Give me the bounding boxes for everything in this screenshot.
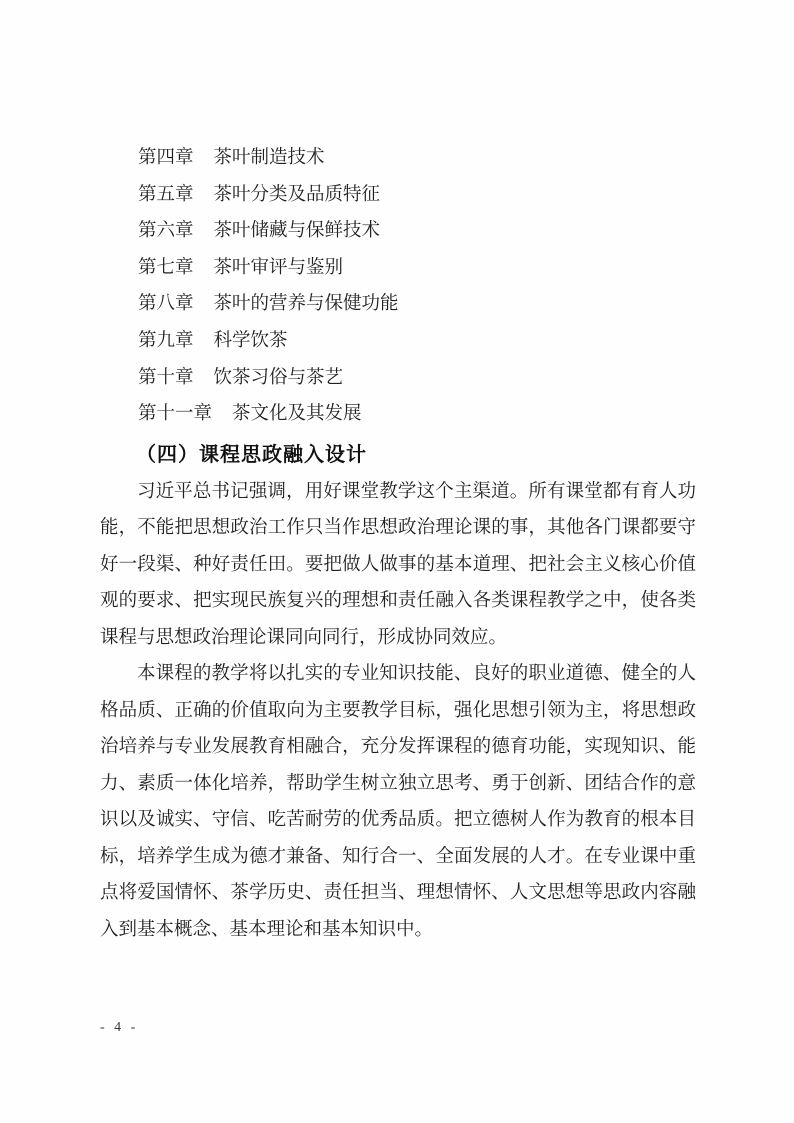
page-content: 第四章茶叶制造技术 第五章茶叶分类及品质特征 第六章茶叶储藏与保鲜技术 第七章茶… — [100, 140, 696, 948]
chapter-title: 科学饮茶 — [214, 331, 288, 351]
chapter-title: 茶叶分类及品质特征 — [214, 185, 381, 205]
toc-item-chapter-11: 第十一章茶文化及其发展 — [100, 396, 696, 433]
toc-item-chapter-10: 第十章饮茶习俗与茶艺 — [100, 360, 696, 397]
page-number: - 4 - — [100, 1020, 138, 1036]
paragraph-quote: 习近平总书记强调，用好课堂教学这个主渠道。所有课堂都有育人功能，不能把思想政治工… — [100, 474, 696, 657]
toc-item-chapter-6: 第六章茶叶储藏与保鲜技术 — [100, 213, 696, 250]
paragraph-course-design: 本课程的教学将以扎实的专业知识技能、良好的职业道德、健全的人格品质、正确的价值取… — [100, 656, 696, 948]
chapter-number: 第九章 — [138, 331, 194, 351]
chapter-title: 茶叶储藏与保鲜技术 — [214, 221, 381, 241]
chapter-number: 第十章 — [138, 368, 194, 388]
chapter-title: 茶叶审评与鉴别 — [214, 258, 344, 278]
chapter-number: 第七章 — [138, 258, 194, 278]
chapter-title: 茶叶的营养与保健功能 — [214, 294, 399, 314]
toc-item-chapter-8: 第八章茶叶的营养与保健功能 — [100, 286, 696, 323]
toc-item-chapter-4: 第四章茶叶制造技术 — [100, 140, 696, 177]
chapter-number: 第六章 — [138, 221, 194, 241]
toc-item-chapter-5: 第五章茶叶分类及品质特征 — [100, 177, 696, 214]
chapter-list: 第四章茶叶制造技术 第五章茶叶分类及品质特征 第六章茶叶储藏与保鲜技术 第七章茶… — [100, 140, 696, 433]
chapter-title: 茶叶制造技术 — [214, 148, 325, 168]
chapter-title: 饮茶习俗与茶艺 — [214, 368, 344, 388]
chapter-number: 第十一章 — [138, 404, 212, 424]
section-heading: （四）课程思政融入设计 — [100, 437, 696, 474]
chapter-number: 第八章 — [138, 294, 194, 314]
toc-item-chapter-7: 第七章茶叶审评与鉴别 — [100, 250, 696, 287]
chapter-number: 第五章 — [138, 185, 194, 205]
chapter-number: 第四章 — [138, 148, 194, 168]
document-page: 第四章茶叶制造技术 第五章茶叶分类及品质特征 第六章茶叶储藏与保鲜技术 第七章茶… — [0, 0, 794, 1123]
chapter-title: 茶文化及其发展 — [232, 404, 362, 424]
toc-item-chapter-9: 第九章科学饮茶 — [100, 323, 696, 360]
